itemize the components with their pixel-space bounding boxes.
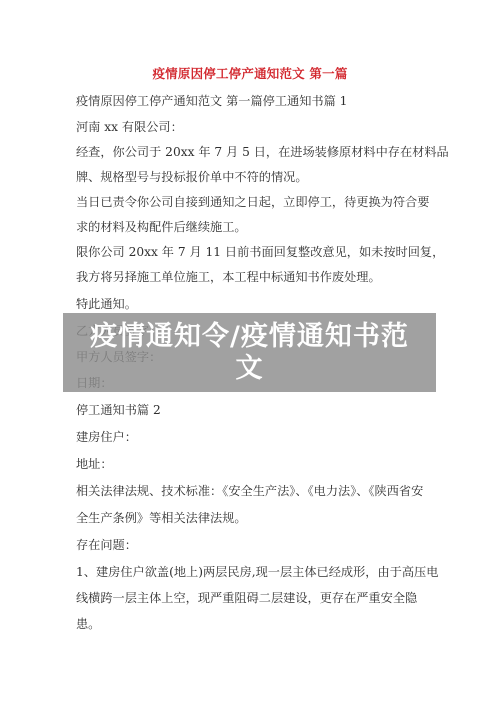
doc-line-paragraph: 线横跨一层主体上空，现严重阻碍二层建设，更存在严重安全隐 bbox=[76, 590, 436, 606]
doc-line-address: 地址： bbox=[76, 456, 436, 472]
doc-line-paragraph: 求的材料及构配件后继续施工。 bbox=[76, 219, 436, 235]
doc-line-paragraph: 牌、规格型号与投标报价单中不符的情况。 bbox=[76, 169, 436, 185]
doc-line-paragraph: 1、建房住户欲盖(地上)两层民房,现一层主体已经成形，由于高压电 bbox=[76, 564, 436, 580]
doc-line-heading-2: 停工通知书篇 2 bbox=[76, 402, 436, 418]
doc-line-heading-1: 疫情原因停工停产通知范文 第一篇停工通知书篇 1 bbox=[76, 93, 436, 109]
doc-line-resident: 建房住户： bbox=[76, 429, 436, 445]
doc-line-closing: 特此通知。 bbox=[76, 296, 436, 312]
document-title: 疫情原因停工停产通知范文 第一篇 bbox=[0, 64, 500, 82]
title-overlay-banner: 疫情通知令/疫情通知书范文 bbox=[63, 313, 436, 392]
doc-line-issues-heading: 存在问题： bbox=[76, 537, 436, 553]
document-page: 疫情原因停工停产通知范文 第一篇 疫情原因停工停产通知范文 第一篇停工通知书篇 … bbox=[0, 0, 500, 706]
doc-line-paragraph: 当日已责令你公司自接到通知之日起，立即停工，待更换为符合要 bbox=[76, 194, 436, 210]
doc-line-paragraph: 患。 bbox=[76, 616, 436, 632]
overlay-title: 疫情通知令/疫情通知书范文 bbox=[85, 321, 415, 385]
doc-line-paragraph: 相关法律法规、技术标准：《安全生产法》、《电力法》、《陕西省安 bbox=[76, 483, 436, 499]
doc-line-paragraph: 我方将另择施工单位施工，本工程中标通知书作废处理。 bbox=[76, 269, 436, 285]
doc-line-paragraph: 全生产条例》等相关法律法规。 bbox=[76, 510, 436, 526]
doc-line-addressee: 河南 xx 有限公司： bbox=[76, 119, 436, 135]
doc-line-paragraph: 限你公司 20xx 年 7 月 11 日前书面回复整改意见，如未按时回复， bbox=[76, 244, 436, 260]
doc-line-paragraph: 经查，你公司于 20xx 年 7 月 5 日，在进场装修原材料中存在材料品 bbox=[76, 144, 436, 160]
